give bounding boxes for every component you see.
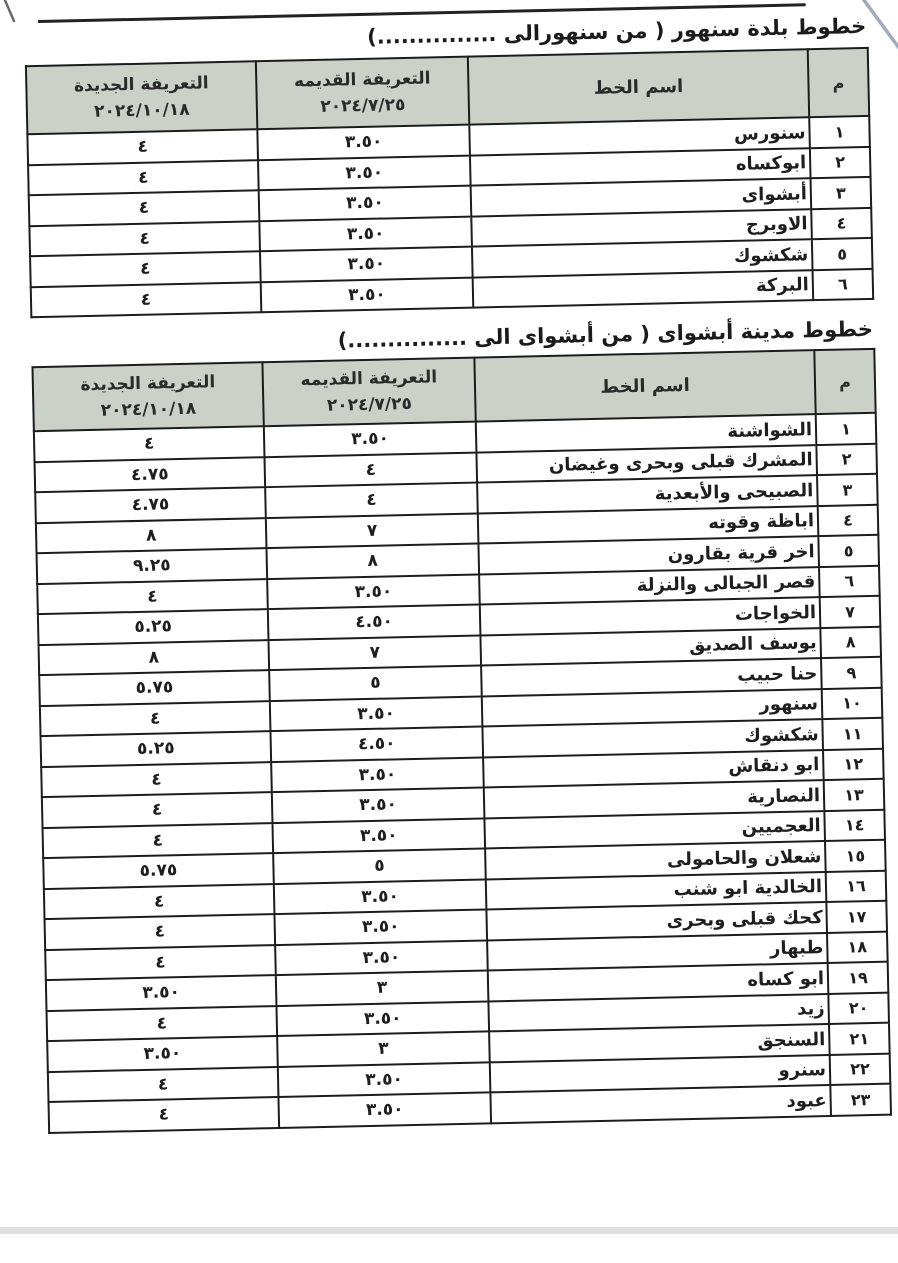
old-tariff-cell: ٧ bbox=[266, 513, 479, 548]
old-tariff-cell: ٣.٥٠ bbox=[258, 155, 471, 190]
row-number-cell: ١٩ bbox=[828, 962, 889, 994]
old-tariff-cell: ٣.٥٠ bbox=[264, 422, 477, 457]
row-number-cell: ٣ bbox=[817, 474, 878, 506]
new-tariff-cell: ٤ bbox=[43, 823, 274, 859]
new-tariff-cell: ٩.٢٥ bbox=[37, 548, 268, 584]
old-tariff-cell: ٣.٥٠ bbox=[271, 757, 484, 792]
header-new-tariff: التعريفة الجديدة ٢٠٢٤/١٠/١٨ bbox=[32, 362, 263, 431]
old-tariff-date: ٢٠٢٤/٧/٢٥ bbox=[264, 393, 474, 418]
row-number-cell: ٩ bbox=[821, 657, 882, 689]
new-tariff-date: ٢٠٢٤/١٠/١٨ bbox=[34, 397, 262, 422]
row-number-cell: ١٨ bbox=[827, 931, 888, 963]
row-number-cell: ٢ bbox=[816, 443, 877, 475]
row-number-cell: ٢ bbox=[810, 146, 871, 178]
old-tariff-cell: ٣.٥٠ bbox=[274, 879, 487, 914]
row-number-cell: ٧ bbox=[820, 596, 881, 628]
header-old-tariff: التعريفة القديمه ٢٠٢٤/٧/٢٥ bbox=[256, 57, 469, 130]
page-content: خطوط بلدة سنهور ( من سنهورالى ..........… bbox=[34, 11, 892, 1133]
old-tariff-label: التعريفة القديمه bbox=[257, 68, 467, 93]
old-tariff-cell: ٣ bbox=[276, 970, 489, 1005]
new-tariff-label: التعريفة الجديدة bbox=[34, 371, 262, 396]
header-new-tariff: التعريفة الجديدة ٢٠٢٤/١٠/١٨ bbox=[26, 61, 257, 134]
sanhour-tariff-table: م اسم الخط التعريفة القديمه ٢٠٢٤/٧/٢٥ ال… bbox=[25, 47, 874, 318]
row-number-cell: ٦ bbox=[813, 268, 874, 300]
old-tariff-cell: ٣.٥٠ bbox=[278, 1092, 491, 1127]
new-tariff-cell: ٤ bbox=[28, 160, 259, 196]
row-number-cell: ١٢ bbox=[823, 748, 884, 780]
row-number-cell: ٣ bbox=[811, 177, 872, 209]
row-number-cell: ١ bbox=[816, 413, 877, 445]
new-tariff-cell: ٤.٧٥ bbox=[35, 487, 266, 523]
abshway-lines-section: خطوط مدينة أبشواى ( من أبشواى الى ......… bbox=[41, 314, 892, 1134]
old-tariff-cell: ٣.٥٠ bbox=[267, 574, 480, 609]
new-tariff-cell: ٤ bbox=[48, 1067, 279, 1103]
new-tariff-cell: ٤ bbox=[49, 1097, 280, 1133]
old-tariff-cell: ٨ bbox=[266, 544, 479, 579]
old-tariff-cell: ٣ bbox=[277, 1031, 490, 1066]
old-tariff-cell: ٤.٥٠ bbox=[270, 726, 483, 761]
header-line-name: اسم الخط bbox=[468, 49, 809, 124]
row-number-cell: ٦ bbox=[819, 565, 880, 597]
new-tariff-cell: ٤ bbox=[45, 914, 276, 950]
new-tariff-cell: ٥.٧٥ bbox=[39, 670, 270, 706]
new-tariff-cell: ٥.٧٥ bbox=[43, 853, 274, 889]
line-name-cell: عبود bbox=[490, 1085, 831, 1123]
table-body: ١ سنورس ٣.٥٠ ٤ ٢ ابوكساه ٣.٥٠ ٤ bbox=[27, 116, 873, 317]
old-tariff-cell: ٣.٥٠ bbox=[259, 216, 472, 251]
row-number-cell: ١ bbox=[809, 116, 870, 148]
old-tariff-cell: ٤.٥٠ bbox=[268, 605, 481, 640]
new-tariff-cell: ٤ bbox=[45, 945, 276, 981]
row-number-cell: ١٠ bbox=[822, 687, 883, 719]
header-old-tariff: التعريفة القديمه ٢٠٢٤/٧/٢٥ bbox=[262, 358, 475, 427]
old-tariff-cell: ٣.٥٠ bbox=[274, 909, 487, 944]
table-body: ١ الشواشنة ٣.٥٠ ٤ ٢ المشرك قبلى وبحرى وغ… bbox=[34, 413, 891, 1133]
old-tariff-cell: ٧ bbox=[268, 635, 481, 670]
new-tariff-date: ٢٠٢٤/١٠/١٨ bbox=[28, 98, 256, 123]
new-tariff-cell: ٤ bbox=[29, 221, 260, 257]
old-tariff-cell: ٣.٥٠ bbox=[272, 787, 485, 822]
new-tariff-cell: ٤ bbox=[44, 884, 275, 920]
new-tariff-cell: ٤ bbox=[42, 792, 273, 828]
new-tariff-cell: ٣.٥٠ bbox=[46, 975, 277, 1011]
sanhour-lines-section: خطوط بلدة سنهور ( من سنهورالى ..........… bbox=[34, 11, 874, 318]
new-tariff-cell: ٥.٢٥ bbox=[41, 731, 272, 767]
new-tariff-cell: ٥.٢٥ bbox=[38, 609, 269, 645]
row-number-cell: ٢٣ bbox=[830, 1084, 891, 1116]
row-number-cell: ١٧ bbox=[826, 901, 887, 933]
new-tariff-cell: ٤ bbox=[41, 762, 272, 798]
new-tariff-cell: ٨ bbox=[36, 518, 267, 554]
row-number-cell: ١٦ bbox=[826, 870, 887, 902]
new-tariff-cell: ٤ bbox=[30, 251, 261, 287]
new-tariff-cell: ٤ bbox=[29, 190, 260, 226]
row-number-cell: ١٥ bbox=[825, 840, 886, 872]
line-name-cell: البركة bbox=[473, 270, 814, 308]
row-number-cell: ١١ bbox=[822, 718, 883, 750]
row-number-cell: ٥ bbox=[812, 238, 873, 270]
old-tariff-cell: ٣.٥٠ bbox=[259, 186, 472, 221]
row-number-cell: ١٤ bbox=[824, 809, 885, 841]
new-tariff-cell: ٤.٧٥ bbox=[35, 457, 266, 493]
old-tariff-cell: ٣.٥٠ bbox=[257, 125, 470, 160]
old-tariff-label: التعريفة القديمه bbox=[264, 367, 474, 392]
new-tariff-cell: ٤ bbox=[34, 426, 265, 462]
scanned-page: خطوط بلدة سنهور ( من سنهورالى ..........… bbox=[0, 0, 898, 1263]
corner-scratch-icon bbox=[0, 0, 30, 30]
new-tariff-cell: ٣.٥٠ bbox=[47, 1036, 278, 1072]
header-line-name: اسم الخط bbox=[474, 350, 815, 421]
row-number-cell: ٢٠ bbox=[828, 992, 889, 1024]
page-edge-shadow bbox=[0, 1227, 898, 1234]
old-tariff-cell: ٣.٥٠ bbox=[270, 696, 483, 731]
row-number-cell: ٤ bbox=[811, 207, 872, 239]
old-tariff-cell: ٥ bbox=[269, 665, 482, 700]
new-tariff-label: التعريفة الجديدة bbox=[27, 72, 255, 97]
header-no: م bbox=[808, 48, 869, 117]
old-tariff-cell: ٣.٥٠ bbox=[278, 1062, 491, 1097]
row-number-cell: ٨ bbox=[820, 626, 881, 658]
old-tariff-cell: ٣.٥٠ bbox=[276, 1001, 489, 1036]
new-tariff-cell: ٤ bbox=[31, 282, 262, 318]
old-tariff-cell: ٥ bbox=[273, 848, 486, 883]
old-tariff-cell: ٣.٥٠ bbox=[260, 247, 473, 282]
abshway-tariff-table: م اسم الخط التعريفة القديمه ٢٠٢٤/٧/٢٥ ال… bbox=[31, 348, 892, 1134]
row-number-cell: ٥ bbox=[818, 535, 879, 567]
row-number-cell: ١٣ bbox=[824, 779, 885, 811]
old-tariff-cell: ٣.٥٠ bbox=[272, 818, 485, 853]
new-tariff-cell: ٤ bbox=[47, 1006, 278, 1042]
header-no: م bbox=[814, 349, 875, 414]
old-tariff-cell: ٣.٥٠ bbox=[261, 277, 474, 312]
new-tariff-cell: ٤ bbox=[40, 701, 271, 737]
new-tariff-cell: ٤ bbox=[37, 579, 268, 615]
row-number-cell: ٢٢ bbox=[830, 1053, 891, 1085]
row-number-cell: ٤ bbox=[818, 504, 879, 536]
old-tariff-cell: ٤ bbox=[264, 452, 477, 487]
new-tariff-cell: ٤ bbox=[27, 129, 258, 165]
new-tariff-cell: ٨ bbox=[39, 640, 270, 676]
old-tariff-date: ٢٠٢٤/٧/٢٥ bbox=[258, 94, 468, 119]
old-tariff-cell: ٣.٥٠ bbox=[275, 940, 488, 975]
old-tariff-cell: ٤ bbox=[265, 483, 478, 518]
row-number-cell: ٢١ bbox=[829, 1023, 890, 1055]
